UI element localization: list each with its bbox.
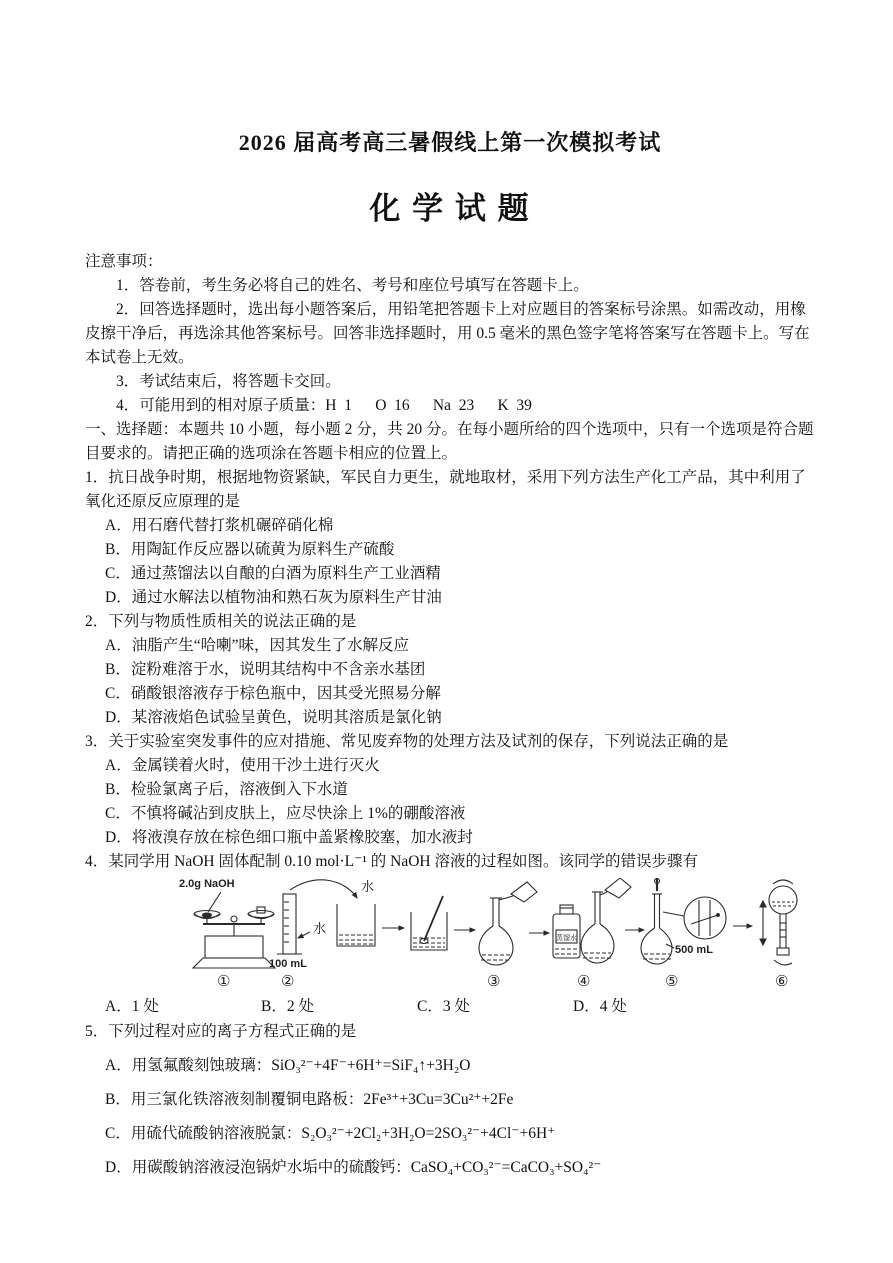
step-3-label: ③ xyxy=(487,972,500,991)
notice-item-2: 2．回答选择题时，选出每小题答案后，用铅笔把答题卡上对应题目的答案标号涂黑。如需… xyxy=(85,298,815,370)
section-heading: 一、选择题：本题共 10 小题，每小题 2 分，共 20 分。在每小题所给的四个… xyxy=(85,418,815,466)
question-1-option-b: B．用陶缸作反应器以硫黄为原料生产硫酸 xyxy=(85,538,815,562)
question-3-option-d: D．将液溴存放在棕色细口瓶中盖紧橡胶塞，加水液封 xyxy=(85,826,815,850)
step-2-label: ② xyxy=(281,972,294,991)
dropper-flask-icon xyxy=(641,879,674,965)
inverted-flask-shake-icon xyxy=(760,880,797,965)
beaker-icon xyxy=(337,904,375,946)
question-5-stem: 5．下列过程对应的离子方程式正确的是 xyxy=(85,1020,815,1044)
question-4-option-a: A．1 处 xyxy=(105,994,261,1020)
distilled-water-label: 蒸馏水 xyxy=(556,933,577,943)
question-5-option-b: B．用三氯化铁溶液刻制覆铜电路板：2Fe³⁺+3Cu=3Cu²⁺+2Fe xyxy=(85,1088,815,1112)
meniscus-magnifier-icon xyxy=(663,897,726,939)
question-4: 4．某同学用 NaOH 固体配制 0.10 mol·L⁻¹ 的 NaOH 溶液的… xyxy=(85,850,815,1020)
step-5-label: ⑤ xyxy=(665,972,678,991)
volumetric-flask-dilute-icon xyxy=(581,878,631,963)
notice-item-1: 1．答卷前，考生务必将自己的姓名、考号和座位号填写在答题卡上。 xyxy=(85,274,815,298)
notice-item-4: 4．可能用到的相对原子质量：H 1 O 16 Na 23 K 39 xyxy=(85,394,815,418)
water-label: 水 xyxy=(313,918,326,937)
question-1-option-c: C．通过蒸馏法以自酿的白酒为原料生产工业酒精 xyxy=(85,562,815,586)
naoh-mass-label: 2.0g NaOH xyxy=(179,878,235,890)
flask-volume-label: 500 mL xyxy=(675,944,713,956)
question-1-option-a: A．用石磨代替打浆机碾碎硝化棉 xyxy=(85,514,815,538)
step-4-label: ④ xyxy=(577,972,590,991)
volumetric-flask-transfer-icon xyxy=(479,882,537,965)
cylinder-volume-label: 100 mL xyxy=(269,958,307,970)
question-2-option-d: D．某溶液焰色试验呈黄色，说明其溶质是氯化钠 xyxy=(85,706,815,730)
question-3-option-b: B．检验氯离子后，溶液倒入下水道 xyxy=(85,778,815,802)
question-1: 1．抗日战争时期，根据地物资紧缺，军民自力更生，就地取材，采用下列方法生产化工产… xyxy=(85,466,815,610)
step-6-label: ⑥ xyxy=(775,972,788,991)
graduated-cylinder-icon xyxy=(277,894,310,954)
subject-title: 化 学 试 题 xyxy=(85,183,815,228)
question-2-option-a: A．油脂产生“哈喇”味，因其发生了水解反应 xyxy=(85,634,815,658)
question-3-stem: 3．关于实验室突发事件的应对措施、常见废弃物的处理方法及试剂的保存，下列说法正确… xyxy=(85,730,815,754)
step-1-label: ① xyxy=(217,972,230,991)
question-5-option-c: C．用硫代硫酸钠溶液脱氯：S₂O₃²⁻+2Cl₂+3H₂O=2SO₃²⁻+4Cl… xyxy=(85,1122,815,1146)
exam-title: 2026 届高考高三暑假线上第一次模拟考试 xyxy=(85,126,815,157)
question-1-option-d: D．通过水解法以植物油和熟石灰为原料生产甘油 xyxy=(85,586,815,610)
notice-item-3: 3．考试结束后，将答题卡交回。 xyxy=(85,370,815,394)
question-4-option-b: B．2 处 xyxy=(261,994,417,1020)
question-3-option-a: A．金属镁着火时，使用干沙土进行灭火 xyxy=(85,754,815,778)
distilled-water-bottle-icon xyxy=(553,905,580,958)
question-2-option-b: B．淀粉难溶于水，说明其结构中不含亲水基团 xyxy=(85,658,815,682)
notice-heading: 注意事项： xyxy=(85,250,815,274)
question-4-option-d: D．4 处 xyxy=(573,994,729,1020)
water-label: 水 xyxy=(361,876,374,895)
notice-block: 注意事项： 1．答卷前，考生务必将自己的姓名、考号和座位号填写在答题卡上。 2．… xyxy=(85,250,815,418)
question-5: 5．下列过程对应的离子方程式正确的是 A．用氢氟酸刻蚀玻璃：SiO₃²⁻+4F⁻… xyxy=(85,1020,815,1180)
question-5-option-a: A．用氢氟酸刻蚀玻璃：SiO₃²⁻+4F⁻+6H⁺=SiF₄↑+3H₂O xyxy=(85,1054,815,1078)
question-3: 3．关于实验室突发事件的应对措施、常见废弃物的处理方法及试剂的保存，下列说法正确… xyxy=(85,730,815,850)
question-4-option-c: C．3 处 xyxy=(417,994,573,1020)
pour-arrow-icon xyxy=(290,880,357,898)
question-1-stem: 1．抗日战争时期，根据地物资紧缺，军民自力更生，就地取材，采用下列方法生产化工产… xyxy=(85,466,815,514)
question-4-figure: 2.0g NaOH 100 mL 水 水 蒸馏水 500 mL ① ② ③ ④ … xyxy=(177,878,807,992)
question-2-stem: 2．下列与物质性质相关的说法正确的是 xyxy=(85,610,815,634)
exam-paper-page: 2026 届高考高三暑假线上第一次模拟考试 化 学 试 题 注意事项： 1．答卷… xyxy=(0,0,893,1263)
question-4-stem: 4．某同学用 NaOH 固体配制 0.10 mol·L⁻¹ 的 NaOH 溶液的… xyxy=(85,850,815,874)
stirring-beaker-icon xyxy=(411,896,447,950)
balance-scale-icon xyxy=(193,892,275,968)
question-2-option-c: C．硝酸银溶液存于棕色瓶中，因其受光照易分解 xyxy=(85,682,815,706)
question-3-option-c: C．不慎将碱沾到皮肤上，应尽快涂上 1%的硼酸溶液 xyxy=(85,802,815,826)
question-5-option-d: D．用碳酸钠溶液浸泡锅炉水垢中的硫酸钙：CaSO₄+CO₃²⁻=CaCO₃+SO… xyxy=(85,1156,815,1180)
question-2: 2．下列与物质性质相关的说法正确的是 A．油脂产生“哈喇”味，因其发生了水解反应… xyxy=(85,610,815,730)
question-4-options-row: A．1 处 B．2 处 C．3 处 D．4 处 xyxy=(85,994,815,1020)
